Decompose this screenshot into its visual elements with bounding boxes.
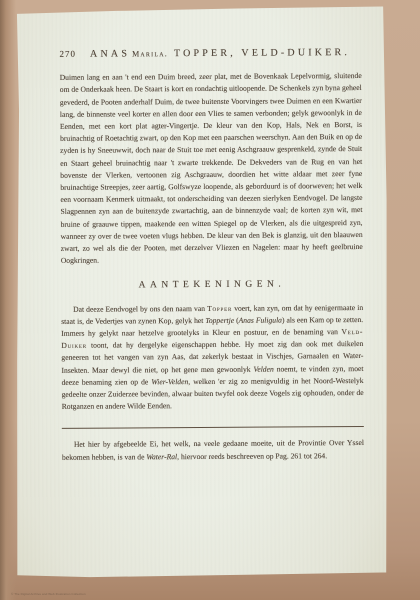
body-paragraph-1: Duimen lang en aan 't end een Duim breed…: [60, 70, 363, 267]
header-title-species: ANAS: [90, 48, 130, 60]
footnote-paragraph: Het hier by afgebeelde Ei, het welk, na …: [62, 437, 364, 463]
scan-background: { "header": { "page_number": "270", "tit…: [0, 0, 420, 600]
separator-rule: [62, 426, 364, 429]
page-sheet: 270 ANAS Marila. TOPPER, VELD-DUIKER. Du…: [11, 6, 390, 578]
page-number: 270: [60, 48, 77, 60]
header-title-variety: Marila.: [132, 48, 168, 60]
header-title-name: TOPPER, VELD-DUIKER.: [174, 47, 350, 60]
page-header: 270 ANAS Marila. TOPPER, VELD-DUIKER.: [60, 46, 362, 61]
page-content: 270 ANAS Marila. TOPPER, VELD-DUIKER. Du…: [60, 46, 365, 464]
credit-line: © The Digital Archive and Web Illustrati…: [11, 592, 86, 596]
body-paragraph-2: Dat deeze Eendvogel by ons den naam van …: [61, 302, 364, 414]
annotations-heading: AANTEKENINGEN.: [61, 278, 363, 292]
